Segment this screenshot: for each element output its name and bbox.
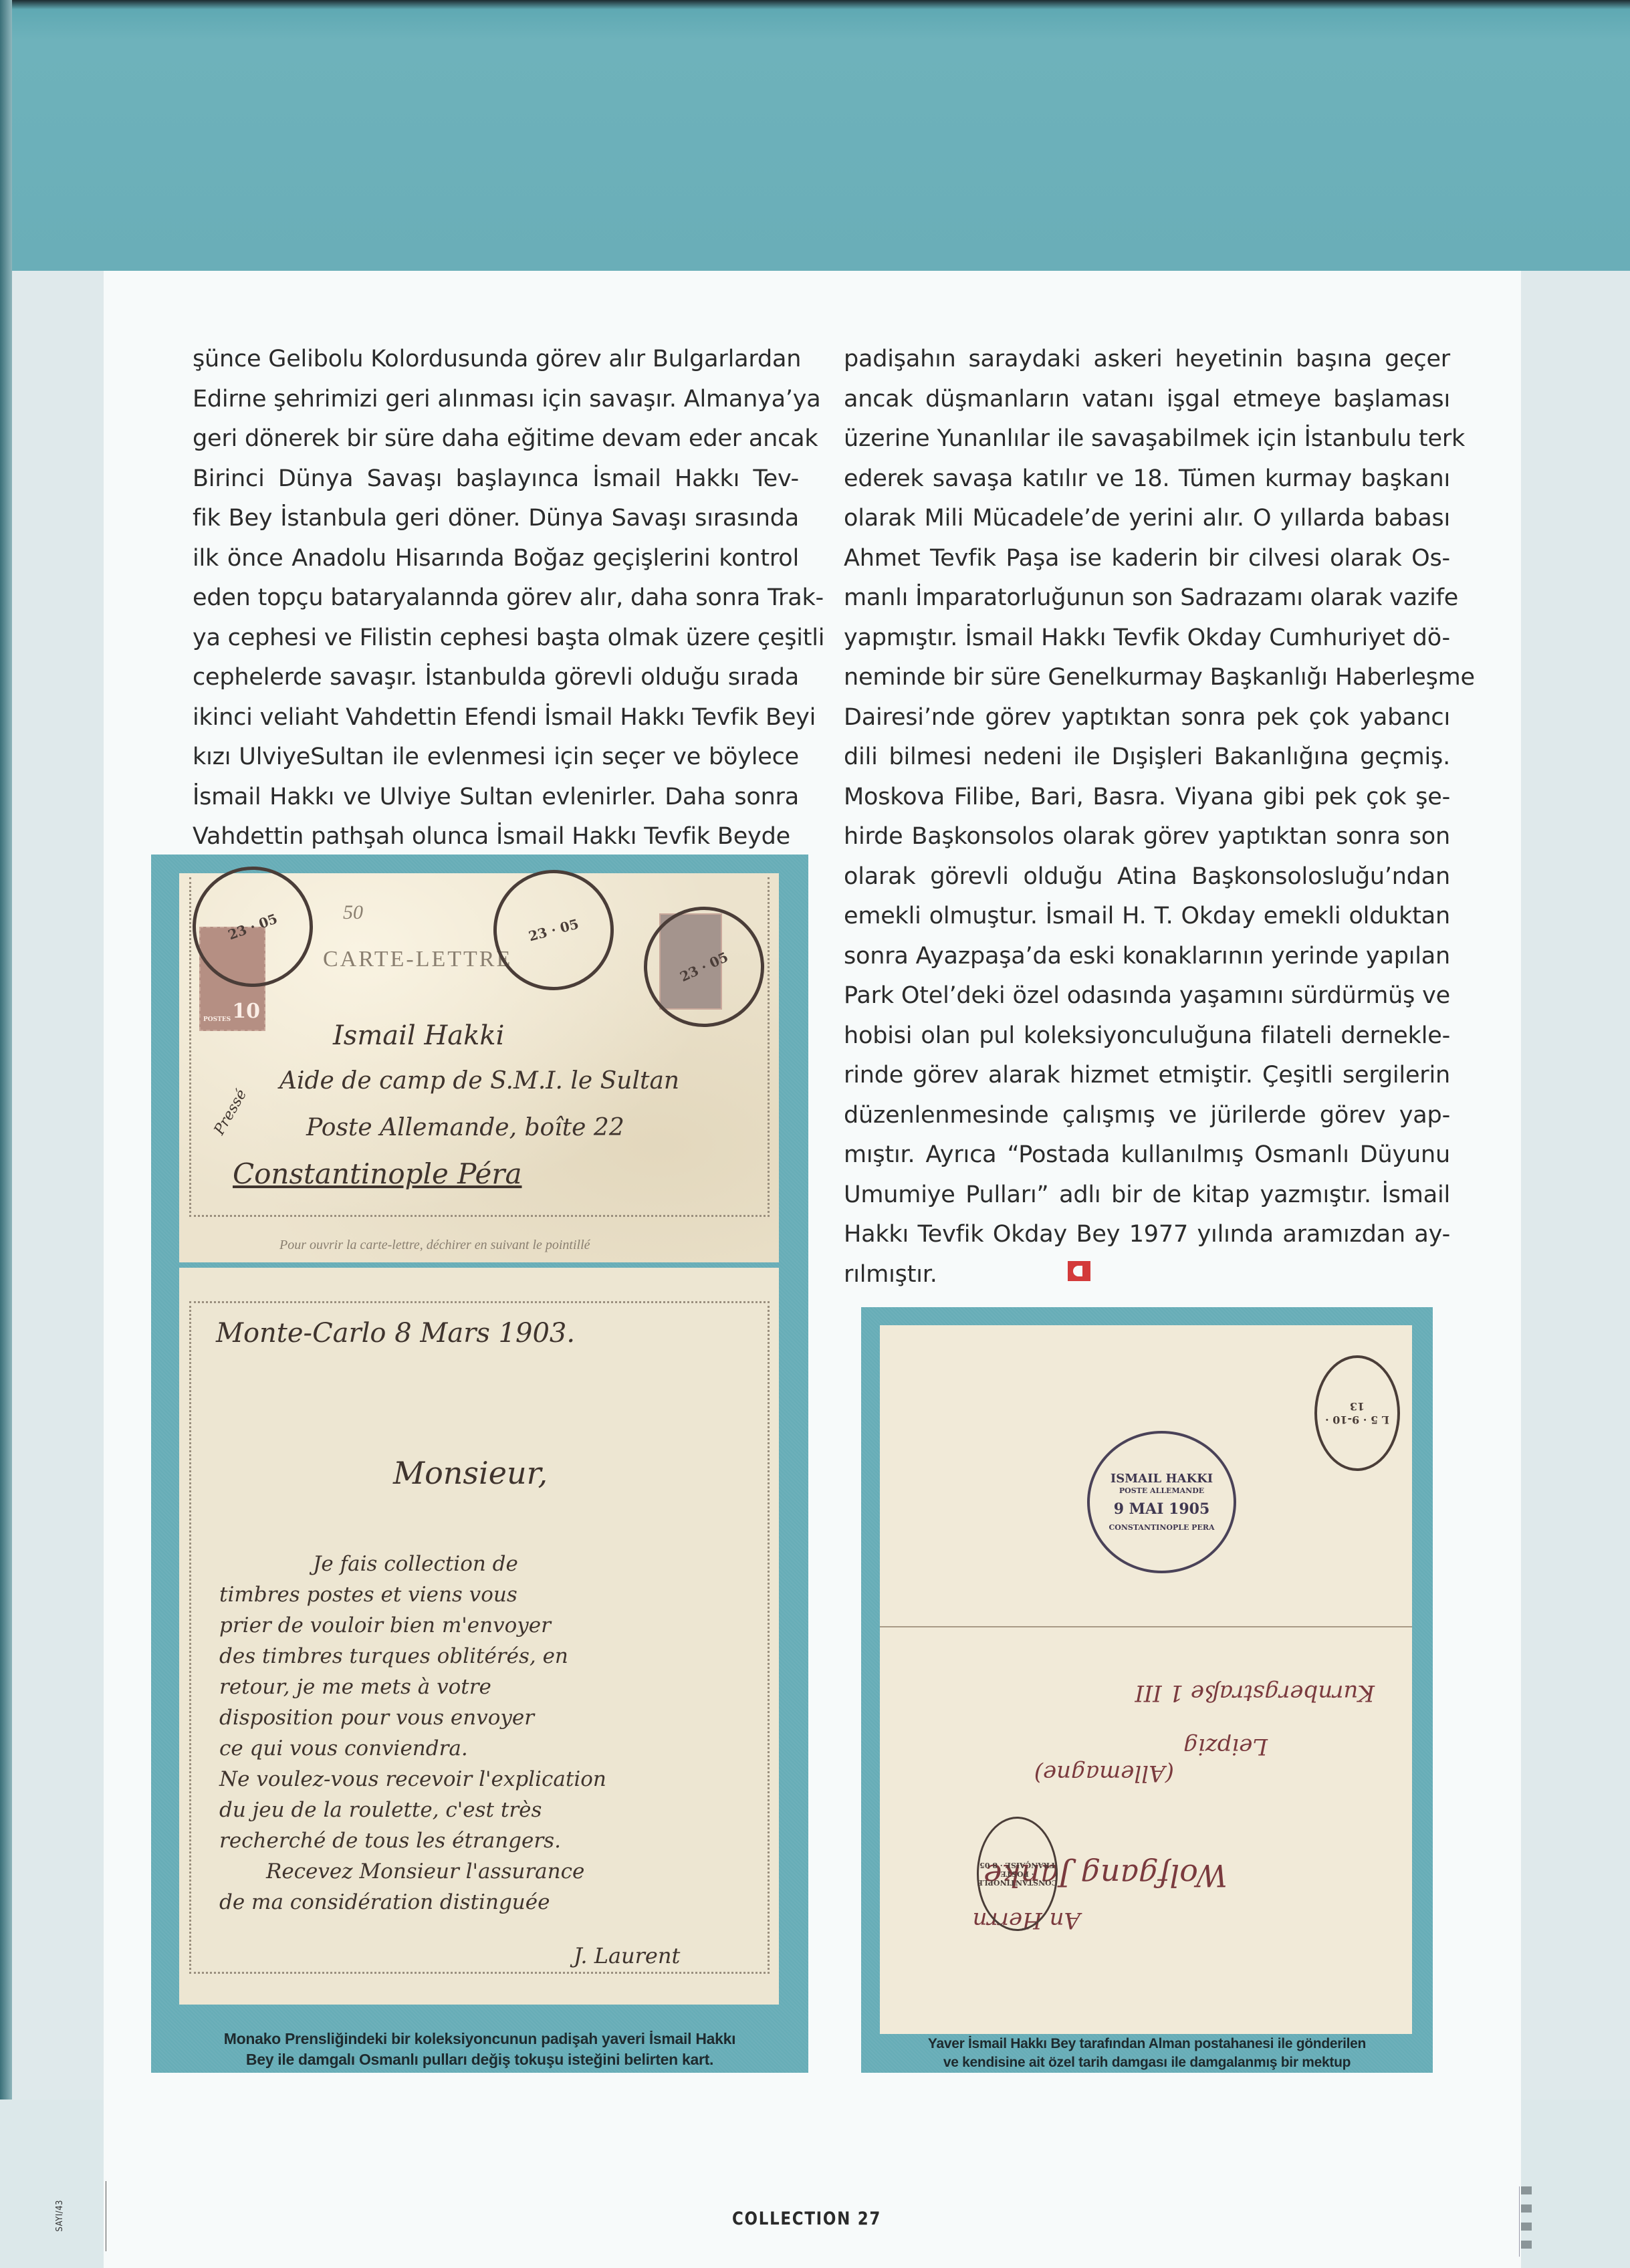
letter-line: timbres postes et viens vous bbox=[219, 1579, 754, 1610]
article-line: Birinci Dünya Savaşı başlayınca İsmail H… bbox=[193, 459, 799, 499]
postmark-top-text: ISMAIL HAKKI bbox=[1111, 1472, 1213, 1486]
issue-label: SAYI/43 bbox=[55, 2200, 65, 2232]
letter-line: ce qui vous conviendra. bbox=[219, 1733, 754, 1764]
letter-inside: Monte-Carlo 8 Mars 1903. Monsieur, Je fa… bbox=[179, 1268, 779, 2005]
article-line: neminde bir süre Genelkurmay Başkanlığı … bbox=[844, 658, 1450, 698]
article-line: eden topçu bataryalannda görev alır, dah… bbox=[193, 578, 799, 618]
letter-line: du jeu de la roulette, c'est très bbox=[219, 1795, 754, 1825]
page-footer-title: COLLECTION 27 bbox=[732, 2208, 881, 2229]
article-line: olarak görevli olduğu Atina Başkonsolosl… bbox=[844, 857, 1450, 897]
article-line: ancak düşmanların vatanı işgal etmeye ba… bbox=[844, 380, 1450, 420]
article-line: manlı İmparatorluğunun son Sadrazamı ola… bbox=[844, 578, 1450, 618]
figure-carte-lettre: 50 CARTE-LETTRE 10 POSTES 23 · 05 23 · 0… bbox=[151, 855, 808, 2073]
address-line: Leipzig bbox=[1183, 1733, 1268, 1760]
address-line-3: Poste Allemande, boîte 22 bbox=[306, 1114, 624, 1141]
caption-line: ve kendisine ait özel tarih damgası ile … bbox=[861, 2053, 1433, 2072]
stamp-text: POSTES bbox=[203, 1016, 231, 1023]
article-left-column: şünce Gelibolu Kolordusunda görev alır B… bbox=[193, 340, 799, 857]
page-gutter bbox=[0, 0, 12, 2268]
article-line: yapmıştır. İsmail Hakkı Tevfik Okday Cum… bbox=[844, 618, 1450, 659]
article-line: ilk önce Anadolu Hisarında Boğaz geçişle… bbox=[193, 539, 799, 579]
letter-line: retour, je me mets à votre bbox=[219, 1672, 754, 1702]
article-line: düzenlenmesinde çalışmış ve jürilerde gö… bbox=[844, 1096, 1450, 1136]
article-line: rinde görev alarak hizmet etmiştir. Çeşi… bbox=[844, 1056, 1450, 1096]
card-front: 50 CARTE-LETTRE 10 POSTES 23 · 05 23 · 0… bbox=[179, 873, 779, 1262]
article-line: kızı UlviyeSultan ile evlenmesi için seç… bbox=[193, 738, 799, 778]
letter-line: recherché de tous les étrangers. bbox=[219, 1825, 754, 1856]
envelope: ISMAIL HAKKI POSTE ALLEMANDE 9 MAI 1905 … bbox=[880, 1325, 1412, 2034]
caption-line: Bey ile damgalı Osmanlı pulları değiş to… bbox=[151, 2049, 808, 2070]
tear-instruction: Pour ouvrir la carte-lettre, déchirer en… bbox=[279, 1238, 590, 1253]
address-line-2: Aide de camp de S.M.I. le Sultan bbox=[279, 1067, 679, 1095]
article-line: geri dönerek bir süre daha eğitime devam… bbox=[193, 419, 799, 459]
pencil-note: 50 bbox=[343, 901, 363, 924]
envelope-flap-line bbox=[880, 1626, 1412, 1627]
postmark-inner-text: POSTE ALLEMANDE bbox=[1119, 1486, 1204, 1495]
article-line: cephelerde savaşır. İstanbulda görevli o… bbox=[193, 658, 799, 698]
issue-rule bbox=[106, 2181, 106, 2251]
article-line: Ahmet Tevfik Paşa ise kaderin bir cilves… bbox=[844, 539, 1450, 579]
article-line: hirde Başkonsolos olarak görev yaptıktan… bbox=[844, 817, 1450, 857]
letter-line: de ma considération distinguée bbox=[219, 1887, 754, 1918]
article-line: ikinci veliaht Vahdettin Efendi İsmail H… bbox=[193, 698, 799, 738]
article-line: üzerine Yunanlılar ile savaşabilmek için… bbox=[844, 419, 1450, 459]
address-line: Kurnbergstraße 1 III bbox=[1135, 1680, 1375, 1706]
article-line: Park Otel’deki özel odasında yaşamını sü… bbox=[844, 976, 1450, 1016]
article-line: emekli olmuştur. İsmail H. T. Okday emek… bbox=[844, 897, 1450, 937]
article-line: ya cephesi ve Filistin cephesi başta olm… bbox=[193, 618, 799, 659]
letter-line: des timbres turques oblitérés, en bbox=[219, 1641, 754, 1672]
spine-marks bbox=[1519, 2186, 1534, 2257]
caption-line: Yaver İsmail Hakkı Bey tarafından Alman … bbox=[861, 2035, 1433, 2053]
postmark-date: 9 MAI 1905 bbox=[1114, 1500, 1210, 1518]
article-line: Moskova Filibe, Bari, Basra. Viyana gibi… bbox=[844, 778, 1450, 818]
letter-line: Recevez Monsieur l'assurance bbox=[219, 1856, 754, 1887]
postmark-bottom-text: CONSTANTINOPLE PERA bbox=[1109, 1523, 1214, 1532]
address-line-1: Ismail Hakki bbox=[333, 1020, 504, 1051]
article-line: Hakkı Tevfik Okday Bey 1977 yılında aram… bbox=[844, 1215, 1450, 1255]
letter-salutation: Monsieur, bbox=[393, 1455, 548, 1491]
letter-line: Je fais collection de bbox=[219, 1549, 754, 1579]
article-line: rılmıştır. bbox=[844, 1255, 1450, 1295]
article-line: Edirne şehrimizi geri alınması için sava… bbox=[193, 380, 799, 420]
inverted-address: An HerrnWolfgang Janke(Allemagne)Leipzig… bbox=[907, 1639, 1388, 1940]
article-line: olarak Mili Mücadele’de yerini alır. O y… bbox=[844, 499, 1450, 539]
article-line: hobisi olan pul koleksiyonculuğuna filat… bbox=[844, 1016, 1450, 1056]
article-line: dili bilmesi nedeni ile Dışişleri Bakanl… bbox=[844, 738, 1450, 778]
letter-line: prier de vouloir bien m'envoyer bbox=[219, 1610, 754, 1641]
article-line: ederek savaşa katılır ve 18. Tümen kurma… bbox=[844, 459, 1450, 499]
article-right-column: padişahın saraydaki askeri heyetinin baş… bbox=[844, 340, 1450, 1294]
figure-caption-right: Yaver İsmail Hakkı Bey tarafından Alman … bbox=[861, 2035, 1433, 2072]
stamp-value: 10 bbox=[232, 1000, 260, 1023]
letter-body: Je fais collection detimbres postes et v… bbox=[219, 1549, 754, 1918]
article-line: Dairesi’nde görev yaptıktan sonra pek ço… bbox=[844, 698, 1450, 738]
figure-caption-left: Monako Prensliğindeki bir koleksiyoncunu… bbox=[151, 2029, 808, 2070]
article-line: fik Bey İstanbula geri döner. Dünya Sava… bbox=[193, 499, 799, 539]
letter-line: Ne voulez-vous recevoir l'explication bbox=[219, 1764, 754, 1795]
letter-line: disposition pour vous envoyer bbox=[219, 1702, 754, 1733]
article-line: şünce Gelibolu Kolordusunda görev alır B… bbox=[193, 340, 799, 380]
arrival-postmark: L 5 · 9-10 · 13 bbox=[1314, 1355, 1400, 1471]
letter-signature: J. Laurent bbox=[574, 1943, 680, 1968]
collection-logo-icon bbox=[1068, 1261, 1090, 1281]
article-line: Vahdettin pathşah olunca İsmail Hakkı Te… bbox=[193, 817, 799, 857]
caption-line: Monako Prensliğindeki bir koleksiyoncunu… bbox=[151, 2029, 808, 2049]
article-line: sonra Ayazpaşa’da eski konaklarının yeri… bbox=[844, 937, 1450, 977]
article-line: mıştır. Ayrıca “Postada kullanılmış Osma… bbox=[844, 1135, 1450, 1175]
french-post-postmark: CONSTANTINOPLE · POSTE FRANÇAISE · 8 05 bbox=[977, 1817, 1058, 1931]
card-printed-heading: CARTE-LETTRE bbox=[323, 947, 512, 972]
article-line: padişahın saraydaki askeri heyetinin baş… bbox=[844, 340, 1450, 380]
private-postmark: ISMAIL HAKKI POSTE ALLEMANDE 9 MAI 1905 … bbox=[1087, 1431, 1236, 1573]
header-color-band bbox=[0, 0, 1630, 271]
address-line: (Allemagne) bbox=[1034, 1760, 1174, 1787]
figure-envelope: ISMAIL HAKKI POSTE ALLEMANDE 9 MAI 1905 … bbox=[861, 1307, 1433, 2073]
article-line: İsmail Hakkı ve Ulviye Sultan evlenirler… bbox=[193, 778, 799, 818]
article-line: Umumiye Pulları” adlı bir de kitap yazmı… bbox=[844, 1175, 1450, 1216]
address-line-4: Constantinople Péra bbox=[233, 1157, 522, 1190]
letter-dateline: Monte-Carlo 8 Mars 1903. bbox=[216, 1318, 575, 1349]
